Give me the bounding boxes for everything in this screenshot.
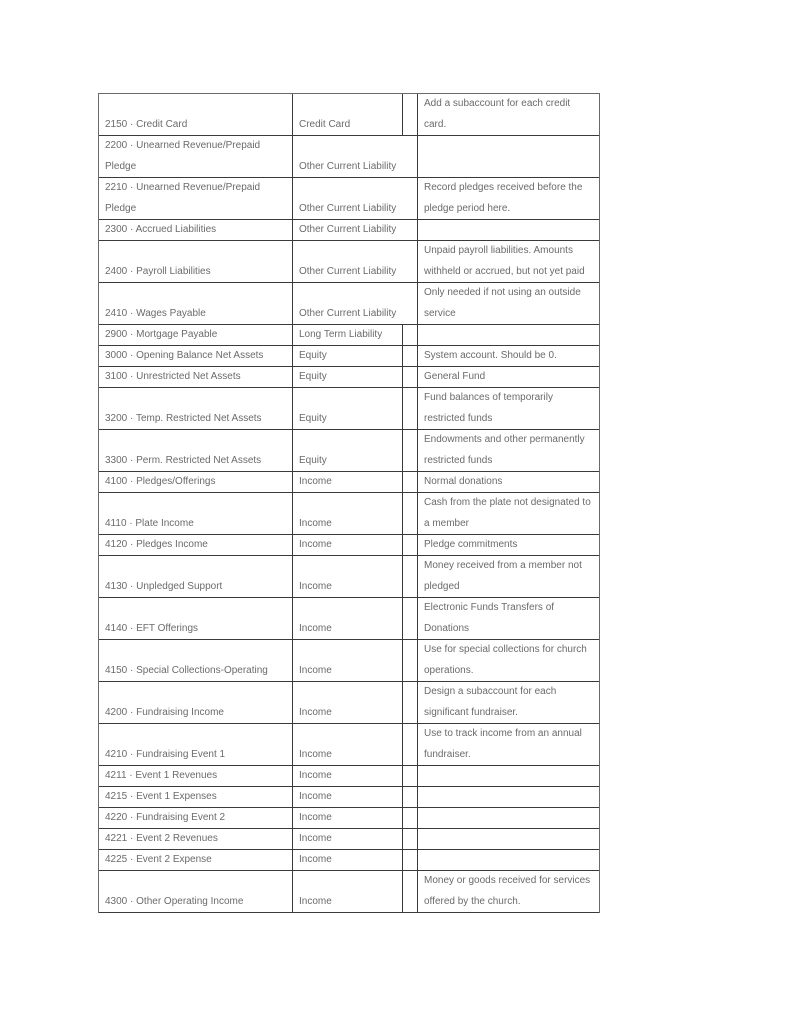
table-row: 2900 · Mortgage PayableLong Term Liabili… bbox=[99, 325, 599, 346]
description-cell-text: Pledge commitments bbox=[424, 535, 595, 555]
description-cell: Cash from the plate not designated to a … bbox=[417, 493, 599, 534]
account-type-cell: Equity bbox=[293, 346, 402, 366]
account-type-cell-text: Other Current Liability bbox=[299, 303, 396, 324]
table-row: 2300 · Accrued LiabilitiesOther Current … bbox=[99, 220, 599, 241]
account-type-cell: Income bbox=[293, 682, 402, 723]
description-cell: Fund balances of temporarily restricted … bbox=[417, 388, 599, 429]
account-name-cell: 2200 · Unearned Revenue/Prepaid Pledge bbox=[99, 136, 293, 177]
account-type-cell: Equity bbox=[293, 367, 402, 387]
account-name-cell: 4200 · Fundraising Income bbox=[99, 682, 293, 723]
description-cell-text: General Fund bbox=[424, 367, 595, 387]
account-type-cell-text: Income bbox=[299, 660, 396, 681]
account-name-cell-text: 2410 · Wages Payable bbox=[105, 303, 286, 324]
account-name-cell: 2900 · Mortgage Payable bbox=[99, 325, 293, 345]
account-name-cell: 4210 · Fundraising Event 1 bbox=[99, 724, 293, 765]
account-name-cell: 3100 · Unrestricted Net Assets bbox=[99, 367, 293, 387]
account-name-cell-text: 2400 · Payroll Liabilities bbox=[105, 261, 286, 282]
account-name-cell: 4225 · Event 2 Expense bbox=[99, 850, 293, 870]
account-name-cell-text: 4200 · Fundraising Income bbox=[105, 702, 286, 723]
description-cell: Record pledges received before the pledg… bbox=[417, 178, 599, 219]
description-cell-text: Use to track income from an annual fundr… bbox=[424, 724, 595, 765]
description-cell: Pledge commitments bbox=[417, 535, 599, 555]
account-type-cell: Income bbox=[293, 556, 402, 597]
table-row: 4210 · Fundraising Event 1IncomeUse to t… bbox=[99, 724, 599, 766]
account-name-cell-text: 4221 · Event 2 Revenues bbox=[105, 829, 286, 849]
account-type-cell-text: Income bbox=[299, 850, 396, 870]
account-name-cell-text: 2900 · Mortgage Payable bbox=[105, 325, 286, 345]
account-type-cell-text: Equity bbox=[299, 408, 396, 429]
account-name-cell: 2410 · Wages Payable bbox=[99, 283, 293, 324]
account-name-cell-text: 2150 · Credit Card bbox=[105, 114, 286, 135]
account-type-cell-text: Equity bbox=[299, 450, 396, 471]
account-type-cell-text: Income bbox=[299, 787, 396, 807]
table-row: 4110 · Plate IncomeIncomeCash from the p… bbox=[99, 493, 599, 535]
account-type-cell-text: Income bbox=[299, 702, 396, 723]
description-cell: Unpaid payroll liabilities. Amounts with… bbox=[417, 241, 599, 282]
table-row: 4220 · Fundraising Event 2Income bbox=[99, 808, 599, 829]
account-name-cell: 4110 · Plate Income bbox=[99, 493, 293, 534]
spacer-cell bbox=[402, 556, 417, 597]
table-row: 2410 · Wages PayableOther Current Liabil… bbox=[99, 283, 599, 325]
spacer-cell bbox=[402, 430, 417, 471]
spacer-cell bbox=[402, 598, 417, 639]
account-type-cell: Long Term Liability bbox=[293, 325, 402, 345]
account-name-cell: 4211 · Event 1 Revenues bbox=[99, 766, 293, 786]
spacer-cell bbox=[402, 787, 417, 807]
table-row: 4150 · Special Collections-OperatingInco… bbox=[99, 640, 599, 682]
table-row: 3000 · Opening Balance Net AssetsEquityS… bbox=[99, 346, 599, 367]
table-row: 3300 · Perm. Restricted Net AssetsEquity… bbox=[99, 430, 599, 472]
description-cell bbox=[417, 766, 599, 786]
description-cell-text: Only needed if not using an outside serv… bbox=[424, 283, 595, 324]
account-type-cell-text: Income bbox=[299, 808, 396, 828]
account-type-cell: Income bbox=[293, 535, 402, 555]
description-cell-text: Record pledges received before the pledg… bbox=[424, 178, 595, 219]
description-cell: Add a subaccount for each credit card. bbox=[417, 94, 599, 135]
account-type-cell: Other Current Liability bbox=[293, 136, 402, 177]
spacer-cell bbox=[402, 829, 417, 849]
spacer-cell bbox=[402, 346, 417, 366]
account-name-cell: 4215 · Event 1 Expenses bbox=[99, 787, 293, 807]
description-cell-text: Add a subaccount for each credit card. bbox=[424, 94, 595, 135]
description-cell-text: System account. Should be 0. bbox=[424, 346, 595, 366]
account-name-cell: 3300 · Perm. Restricted Net Assets bbox=[99, 430, 293, 471]
account-name-cell: 2210 · Unearned Revenue/Prepaid Pledge bbox=[99, 178, 293, 219]
spacer-cell bbox=[402, 94, 417, 135]
account-name-cell-text: 3200 · Temp. Restricted Net Assets bbox=[105, 408, 286, 429]
account-name-cell-text: 4300 · Other Operating Income bbox=[105, 891, 286, 912]
account-type-cell: Equity bbox=[293, 388, 402, 429]
account-type-cell-text: Other Current Liability bbox=[299, 220, 396, 240]
account-type-cell-text: Long Term Liability bbox=[299, 325, 396, 345]
account-name-cell-text: 2200 · Unearned Revenue/Prepaid Pledge bbox=[105, 136, 286, 177]
spacer-cell bbox=[402, 871, 417, 912]
account-name-cell: 4120 · Pledges Income bbox=[99, 535, 293, 555]
account-name-cell: 3200 · Temp. Restricted Net Assets bbox=[99, 388, 293, 429]
account-type-cell: Income bbox=[293, 871, 402, 912]
account-type-cell-text: Income bbox=[299, 744, 396, 765]
account-name-cell-text: 3100 · Unrestricted Net Assets bbox=[105, 367, 286, 387]
account-name-cell-text: 4210 · Fundraising Event 1 bbox=[105, 744, 286, 765]
table-row: 4225 · Event 2 ExpenseIncome bbox=[99, 850, 599, 871]
description-cell: System account. Should be 0. bbox=[417, 346, 599, 366]
account-type-cell: Credit Card bbox=[293, 94, 402, 135]
spacer-cell bbox=[402, 283, 417, 324]
account-name-cell: 2400 · Payroll Liabilities bbox=[99, 241, 293, 282]
description-cell bbox=[417, 829, 599, 849]
account-name-cell: 4140 · EFT Offerings bbox=[99, 598, 293, 639]
description-cell-text: Money received from a member not pledged bbox=[424, 556, 595, 597]
description-cell bbox=[417, 136, 599, 177]
chart-of-accounts-table: 2150 · Credit CardCredit CardAdd a subac… bbox=[98, 93, 600, 913]
table-row: 4221 · Event 2 RevenuesIncome bbox=[99, 829, 599, 850]
account-name-cell: 4300 · Other Operating Income bbox=[99, 871, 293, 912]
description-cell bbox=[417, 220, 599, 240]
account-type-cell: Income bbox=[293, 850, 402, 870]
account-type-cell-text: Income bbox=[299, 829, 396, 849]
account-name-cell: 3000 · Opening Balance Net Assets bbox=[99, 346, 293, 366]
table-row: 3100 · Unrestricted Net AssetsEquityGene… bbox=[99, 367, 599, 388]
description-cell-text: Money or goods received for services off… bbox=[424, 871, 595, 912]
account-type-cell: Other Current Liability bbox=[293, 283, 402, 324]
description-cell: Use for special collections for church o… bbox=[417, 640, 599, 681]
description-cell-text: Unpaid payroll liabilities. Amounts with… bbox=[424, 241, 595, 282]
account-name-cell: 4221 · Event 2 Revenues bbox=[99, 829, 293, 849]
table-row: 4130 · Unpledged SupportIncomeMoney rece… bbox=[99, 556, 599, 598]
table-row: 4200 · Fundraising IncomeIncomeDesign a … bbox=[99, 682, 599, 724]
spacer-cell bbox=[402, 220, 417, 240]
description-cell bbox=[417, 850, 599, 870]
account-name-cell: 2150 · Credit Card bbox=[99, 94, 293, 135]
account-name-cell-text: 4120 · Pledges Income bbox=[105, 535, 286, 555]
account-name-cell-text: 4211 · Event 1 Revenues bbox=[105, 766, 286, 786]
spacer-cell bbox=[402, 367, 417, 387]
account-type-cell-text: Income bbox=[299, 618, 396, 639]
spacer-cell bbox=[402, 136, 417, 177]
table-row: 3200 · Temp. Restricted Net AssetsEquity… bbox=[99, 388, 599, 430]
account-type-cell-text: Income bbox=[299, 576, 396, 597]
account-name-cell-text: 3000 · Opening Balance Net Assets bbox=[105, 346, 286, 366]
account-type-cell: Income bbox=[293, 472, 402, 492]
description-cell-text: Cash from the plate not designated to a … bbox=[424, 493, 595, 534]
account-name-cell-text: 4130 · Unpledged Support bbox=[105, 576, 286, 597]
account-name-cell-text: 2300 · Accrued Liabilities bbox=[105, 220, 286, 240]
account-name-cell-text: 4225 · Event 2 Expense bbox=[105, 850, 286, 870]
spacer-cell bbox=[402, 850, 417, 870]
account-type-cell-text: Other Current Liability bbox=[299, 198, 396, 219]
account-type-cell-text: Income bbox=[299, 513, 396, 534]
account-name-cell: 2300 · Accrued Liabilities bbox=[99, 220, 293, 240]
description-cell-text: Normal donations bbox=[424, 472, 595, 492]
account-type-cell-text: Income bbox=[299, 472, 396, 492]
description-cell: Money or goods received for services off… bbox=[417, 871, 599, 912]
table-row: 2150 · Credit CardCredit CardAdd a subac… bbox=[99, 94, 599, 136]
account-type-cell: Other Current Liability bbox=[293, 220, 402, 240]
account-type-cell: Other Current Liability bbox=[293, 241, 402, 282]
spacer-cell bbox=[402, 388, 417, 429]
description-cell: General Fund bbox=[417, 367, 599, 387]
account-name-cell-text: 4110 · Plate Income bbox=[105, 513, 286, 534]
table-row: 4211 · Event 1 RevenuesIncome bbox=[99, 766, 599, 787]
account-type-cell-text: Other Current Liability bbox=[299, 261, 396, 282]
account-name-cell: 4130 · Unpledged Support bbox=[99, 556, 293, 597]
table-row: 4215 · Event 1 ExpensesIncome bbox=[99, 787, 599, 808]
spacer-cell bbox=[402, 241, 417, 282]
description-cell-text: Fund balances of temporarily restricted … bbox=[424, 388, 595, 429]
account-type-cell-text: Income bbox=[299, 891, 396, 912]
account-name-cell: 4220 · Fundraising Event 2 bbox=[99, 808, 293, 828]
spacer-cell bbox=[402, 178, 417, 219]
account-name-cell-text: 3300 · Perm. Restricted Net Assets bbox=[105, 450, 286, 471]
account-name-cell-text: 4150 · Special Collections-Operating bbox=[105, 660, 286, 681]
account-name-cell-text: 4140 · EFT Offerings bbox=[105, 618, 286, 639]
account-type-cell: Income bbox=[293, 787, 402, 807]
table-row: 2400 · Payroll LiabilitiesOther Current … bbox=[99, 241, 599, 283]
account-type-cell: Income bbox=[293, 724, 402, 765]
account-name-cell-text: 4215 · Event 1 Expenses bbox=[105, 787, 286, 807]
account-type-cell-text: Credit Card bbox=[299, 114, 396, 135]
account-type-cell: Income bbox=[293, 598, 402, 639]
table-row: 2210 · Unearned Revenue/Prepaid PledgeOt… bbox=[99, 178, 599, 220]
description-cell-text: Use for special collections for church o… bbox=[424, 640, 595, 681]
account-type-cell-text: Equity bbox=[299, 367, 396, 387]
document-page: 2150 · Credit CardCredit CardAdd a subac… bbox=[0, 0, 791, 1024]
account-name-cell-text: 4100 · Pledges/Offerings bbox=[105, 472, 286, 492]
account-name-cell-text: 2210 · Unearned Revenue/Prepaid Pledge bbox=[105, 178, 286, 219]
description-cell bbox=[417, 787, 599, 807]
spacer-cell bbox=[402, 325, 417, 345]
table-row: 4120 · Pledges IncomeIncomePledge commit… bbox=[99, 535, 599, 556]
table-row: 4100 · Pledges/OfferingsIncomeNormal don… bbox=[99, 472, 599, 493]
account-name-cell: 4150 · Special Collections-Operating bbox=[99, 640, 293, 681]
spacer-cell bbox=[402, 682, 417, 723]
account-type-cell-text: Equity bbox=[299, 346, 396, 366]
account-type-cell: Equity bbox=[293, 430, 402, 471]
description-cell-text: Endowments and other permanently restric… bbox=[424, 430, 595, 471]
table-row: 4300 · Other Operating IncomeIncomeMoney… bbox=[99, 871, 599, 913]
spacer-cell bbox=[402, 640, 417, 681]
spacer-cell bbox=[402, 535, 417, 555]
account-type-cell: Income bbox=[293, 493, 402, 534]
description-cell: Electronic Funds Transfers of Donations bbox=[417, 598, 599, 639]
description-cell: Design a subaccount for each significant… bbox=[417, 682, 599, 723]
account-type-cell-text: Other Current Liability bbox=[299, 156, 396, 177]
account-name-cell: 4100 · Pledges/Offerings bbox=[99, 472, 293, 492]
account-type-cell: Other Current Liability bbox=[293, 178, 402, 219]
account-type-cell-text: Income bbox=[299, 535, 396, 555]
description-cell: Normal donations bbox=[417, 472, 599, 492]
table-row: 4140 · EFT OfferingsIncomeElectronic Fun… bbox=[99, 598, 599, 640]
description-cell: Money received from a member not pledged bbox=[417, 556, 599, 597]
description-cell: Use to track income from an annual fundr… bbox=[417, 724, 599, 765]
description-cell bbox=[417, 808, 599, 828]
description-cell bbox=[417, 325, 599, 345]
account-type-cell-text: Income bbox=[299, 766, 396, 786]
spacer-cell bbox=[402, 808, 417, 828]
description-cell: Only needed if not using an outside serv… bbox=[417, 283, 599, 324]
spacer-cell bbox=[402, 472, 417, 492]
account-name-cell-text: 4220 · Fundraising Event 2 bbox=[105, 808, 286, 828]
description-cell-text: Electronic Funds Transfers of Donations bbox=[424, 598, 595, 639]
table-row: 2200 · Unearned Revenue/Prepaid PledgeOt… bbox=[99, 136, 599, 178]
description-cell-text: Design a subaccount for each significant… bbox=[424, 682, 595, 723]
account-type-cell: Income bbox=[293, 640, 402, 681]
account-type-cell: Income bbox=[293, 808, 402, 828]
spacer-cell bbox=[402, 766, 417, 786]
account-type-cell: Income bbox=[293, 829, 402, 849]
account-type-cell: Income bbox=[293, 766, 402, 786]
spacer-cell bbox=[402, 724, 417, 765]
description-cell: Endowments and other permanently restric… bbox=[417, 430, 599, 471]
spacer-cell bbox=[402, 493, 417, 534]
